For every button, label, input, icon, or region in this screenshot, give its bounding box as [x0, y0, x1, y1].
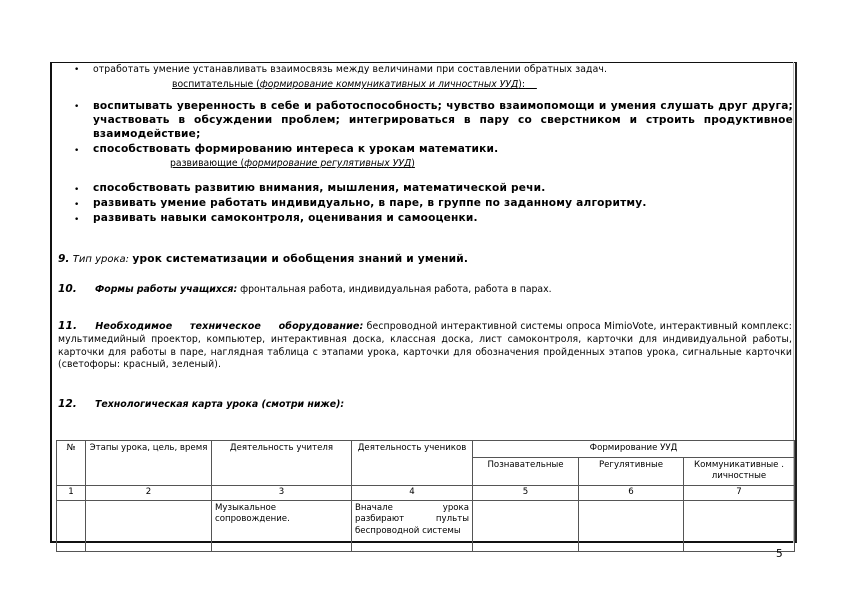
table-header-row: № Этапы урока, цель, время Деятельность … — [57, 441, 795, 458]
bullet-icon: • — [74, 102, 79, 112]
heading-italic: формирование коммуникативных и личностны… — [260, 79, 518, 90]
section-label: Технологическая карта урока (смотри ниже… — [95, 399, 344, 410]
lesson-map-table: № Этапы урока, цель, время Деятельность … — [56, 440, 795, 552]
header-num: № — [57, 441, 86, 486]
section-label: Тип урока: — [73, 254, 129, 265]
objective-item: отработать умение устанавливать взаимосв… — [93, 64, 607, 75]
column-numbers-row: 1 2 3 4 5 6 7 — [57, 485, 795, 500]
bullet-icon: • — [74, 65, 79, 75]
cell-students: Вначале урока разбирают пульты беспровод… — [352, 500, 473, 551]
header-students: Деятельность учеников — [352, 441, 473, 486]
column-number: 4 — [352, 485, 473, 500]
header-communicative: Коммуникативные . личностные — [684, 457, 795, 485]
section-number: 12. — [58, 398, 92, 410]
developing-item: способствовать развитию внимания, мышлен… — [93, 182, 546, 194]
educational-heading: воспитательные (формирование коммуникати… — [172, 79, 537, 90]
column-number: 3 — [212, 485, 352, 500]
heading-suffix: ): — [518, 79, 525, 90]
section-value: фронтальная работа, индивидуальная работ… — [240, 284, 551, 295]
bullet-icon: • — [74, 200, 79, 210]
section-10: 10. Формы работы учащихся: фронтальная р… — [58, 283, 552, 295]
section-11: 11. Необходимое техническое оборудование… — [58, 320, 792, 372]
heading-prefix: воспитательные ( — [172, 79, 260, 90]
page-number: 5 — [776, 548, 783, 560]
table-row: Музыкальное сопровождение. Вначале урока… — [57, 500, 795, 551]
cell-communicative — [684, 500, 795, 551]
educational-item: воспитывать уверенность в себе и работос… — [93, 99, 793, 141]
section-number: 10. — [58, 283, 92, 295]
bullet-icon: • — [74, 146, 79, 156]
cell-num — [57, 500, 86, 551]
section-number: 9. — [58, 253, 69, 265]
heading-italic: формирование регулятивных УУД — [244, 158, 411, 169]
cell-cognitive — [473, 500, 579, 551]
developing-item: развивать умение работать индивидуально,… — [93, 197, 647, 209]
column-number: 5 — [473, 485, 579, 500]
bullet-icon: • — [74, 185, 79, 195]
educational-item: способствовать формированию интереса к у… — [93, 143, 498, 155]
heading-suffix: ) — [411, 158, 415, 169]
heading-prefix: развивающие ( — [170, 158, 244, 169]
section-label: Формы работы учащихся: — [95, 284, 237, 295]
developing-item: развивать навыки самоконтроля, оценивани… — [93, 212, 478, 224]
cell-teacher: Музыкальное сопровождение. — [212, 500, 352, 551]
section-12: 12. Технологическая карта урока (смотри … — [58, 398, 344, 410]
header-regulatory: Регулятивные — [579, 457, 684, 485]
developing-heading: развивающие (формирование регулятивных У… — [170, 158, 415, 169]
section-value: урок систематизации и обобщения знаний и… — [132, 253, 468, 265]
header-teacher: Деятельность учителя — [212, 441, 352, 486]
column-number: 6 — [579, 485, 684, 500]
column-number: 7 — [684, 485, 795, 500]
column-number: 2 — [86, 485, 212, 500]
cell-stage — [86, 500, 212, 551]
header-stages: Этапы урока, цель, время — [86, 441, 212, 486]
section-label: Необходимое техническое оборудование: — [95, 321, 363, 332]
bullet-icon: • — [74, 215, 79, 225]
column-number: 1 — [57, 485, 86, 500]
header-cognitive: Познавательные — [473, 457, 579, 485]
section-number: 11. — [58, 320, 92, 333]
cell-regulatory — [579, 500, 684, 551]
header-uud-group: Формирование УУД — [473, 441, 795, 458]
section-9: 9. Тип урока: урок систематизации и обоб… — [58, 253, 468, 265]
